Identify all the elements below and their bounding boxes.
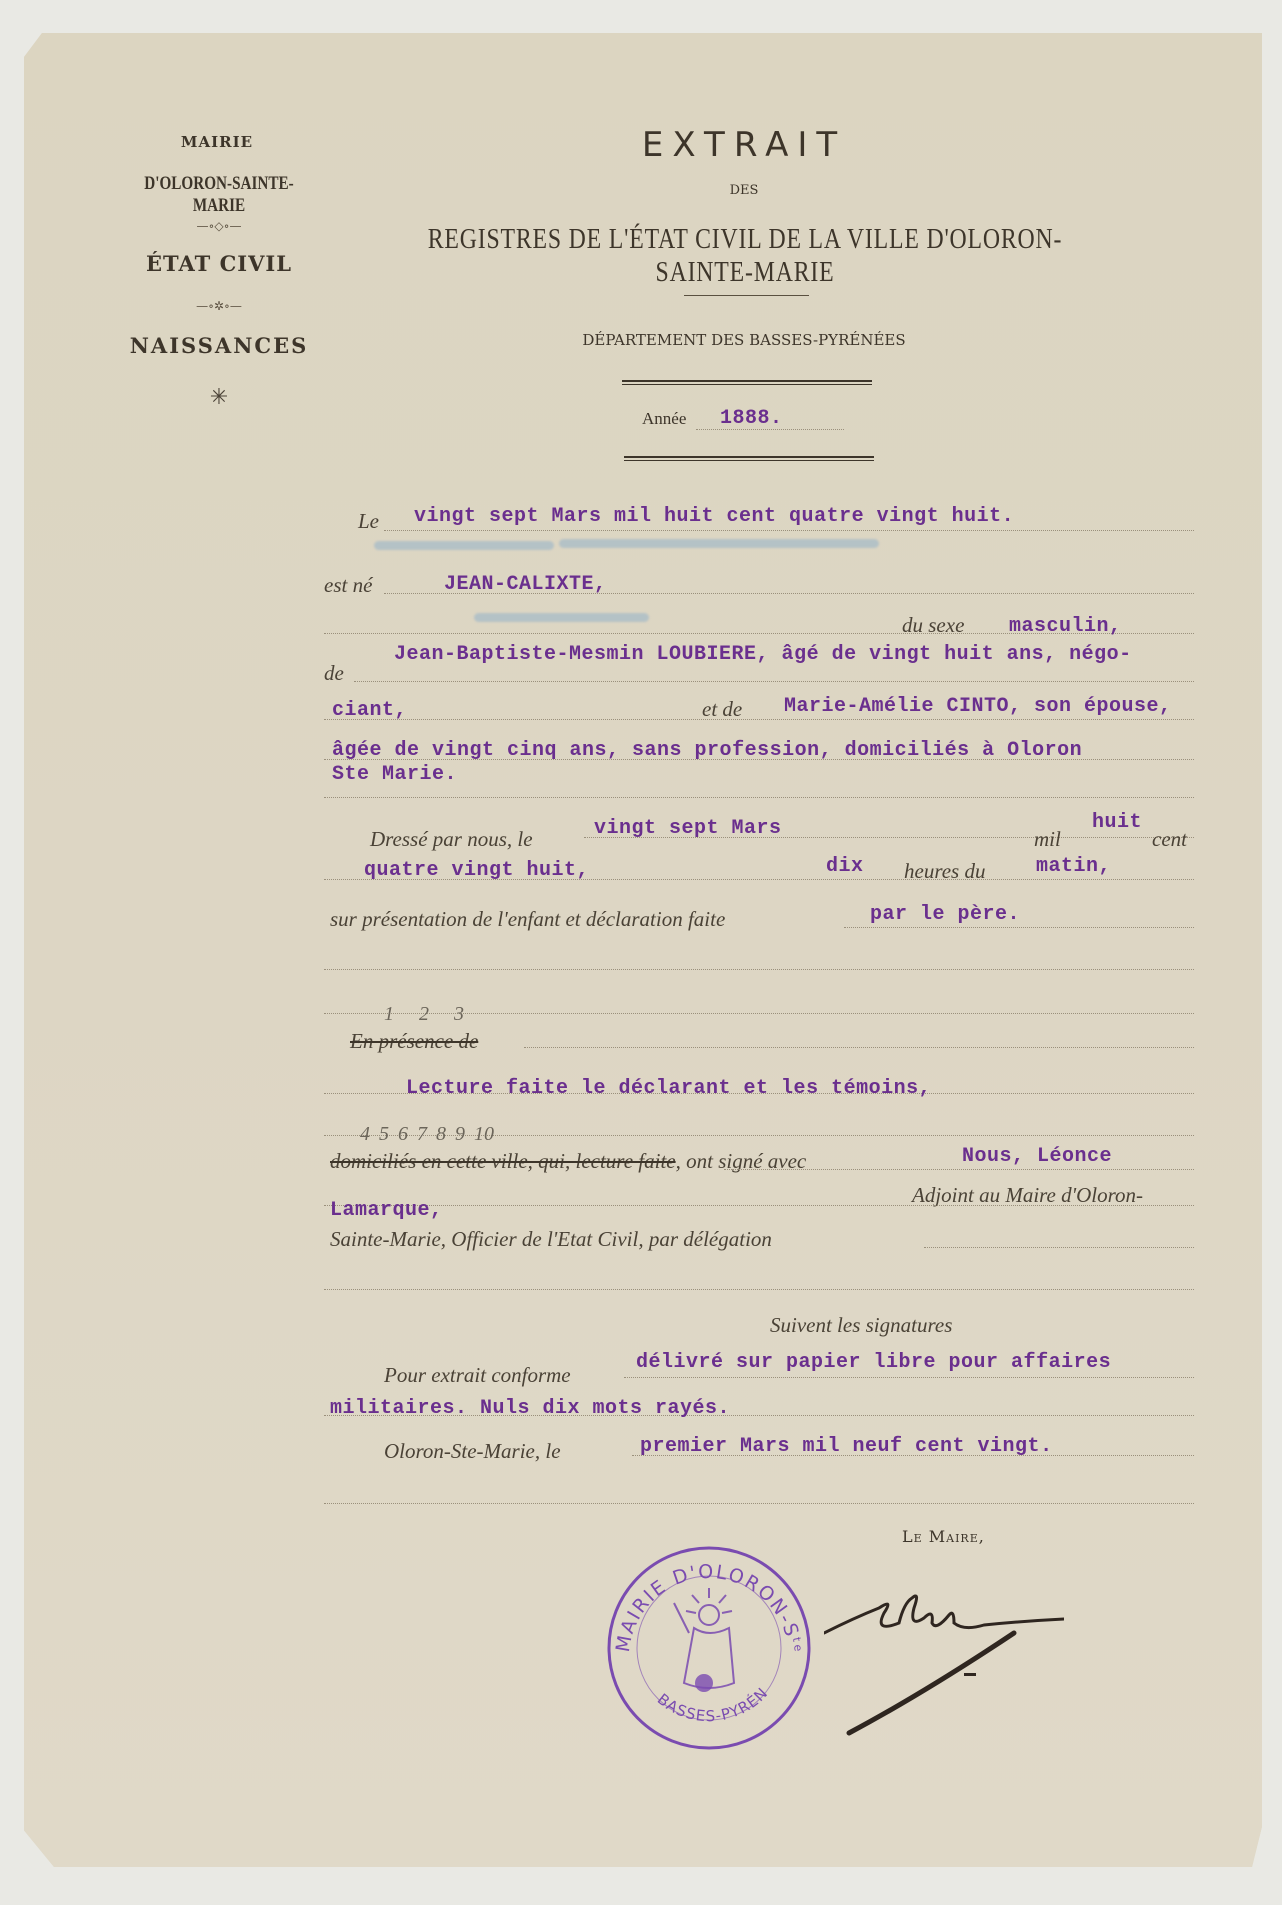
mayor-signature <box>824 1563 1064 1743</box>
label-sainte-marie: Sainte-Marie, Officier de l'Etat Civil, … <box>330 1227 772 1252</box>
official-stamp: MAIRIE D'OLORON-Ste-MARIE BASSES-PYRÉNÉE… <box>604 1543 814 1753</box>
document-paper: MAIRIE D'OLORON-SAINTE-MARIE —∘◇∘— ÉTAT … <box>24 33 1262 1867</box>
svg-text:MAIRIE D'OLORON-Ste-MARIE: MAIRIE D'OLORON-Ste-MARIE <box>604 1543 805 1654</box>
label-du-sexe: du sexe <box>902 613 964 638</box>
mention-line2: militaires. Nuls dix mots rayés. <box>330 1397 730 1420</box>
mere-line2: âgée de vingt cinq ans, sans profession,… <box>332 739 1082 762</box>
annee-suite: quatre vingt huit, <box>364 859 589 882</box>
date-naissance: vingt sept Mars mil huit cent quatre vin… <box>414 505 1014 528</box>
header-des: DES <box>704 183 784 198</box>
mere-line3: Ste Marie. <box>332 763 457 786</box>
moment: matin, <box>1036 855 1111 878</box>
mention-line1: délivré sur papier libre pour affaires <box>636 1351 1111 1374</box>
sidebar-naissances: NAISSANCES <box>94 333 344 358</box>
header-double-rule-2 <box>624 456 874 461</box>
declarant: par le père. <box>870 903 1020 926</box>
lecture-faite: Lecture faite le déclarant et les témoin… <box>406 1077 931 1100</box>
ornament-1: —∘◇∘— <box>164 219 274 233</box>
annee-label: Année <box>642 409 686 429</box>
sidebar-ville: D'OLORON-SAINTE-MARIE <box>119 173 319 217</box>
blue-pencil-mark <box>474 613 649 622</box>
label-de: de <box>324 661 344 686</box>
domicilies-line: domiciliés en cette ville, qui, lecture … <box>330 1149 806 1174</box>
document-title: EXTRAIT <box>584 125 904 165</box>
ornament-2: —∘✲∘— <box>164 299 274 313</box>
label-lieu: Oloron-Ste-Marie, le <box>384 1439 561 1464</box>
label-et-de: et de <box>702 697 742 722</box>
header-double-rule-1 <box>622 380 872 385</box>
label-est-ne: est né <box>324 573 372 598</box>
handwritten-numbers-1: 1 2 3 <box>384 1003 474 1026</box>
handwritten-numbers-2: 4 5 6 7 8 9 10 <box>360 1123 494 1146</box>
pere-line2: ciant, <box>332 699 407 722</box>
heure-value: dix <box>826 855 864 878</box>
header-ornament-rule <box>684 295 809 296</box>
le-maire-label: Le Maire, <box>902 1527 985 1546</box>
sexe: masculin, <box>1009 615 1122 638</box>
dresse-date: vingt sept Mars <box>594 817 782 840</box>
label-presentation: sur présentation de l'enfant et déclarat… <box>330 907 725 932</box>
pere-line1: Jean-Baptiste-Mesmin LOUBIERE, âgé de vi… <box>394 643 1132 666</box>
domicilies-struck: domiciliés en cette ville, qui, lecture … <box>330 1149 676 1173</box>
mil-value: huit <box>1092 811 1142 834</box>
label-le: Le <box>358 509 379 534</box>
label-pour-extrait: Pour extrait conforme <box>384 1363 571 1388</box>
sidebar-etat-civil: ÉTAT CIVIL <box>114 251 324 276</box>
officier-line1: Nous, Léonce <box>962 1145 1112 1168</box>
label-dresse: Dressé par nous, le <box>370 827 533 852</box>
stamp-seal-icon: MAIRIE D'OLORON-Ste-MARIE BASSES-PYRÉNÉE… <box>604 1543 814 1753</box>
signature-icon <box>824 1563 1064 1743</box>
mere-line1: Marie-Amélie CINTO, son épouse, <box>784 695 1172 718</box>
label-en-presence-struck: En présence de <box>350 1029 478 1054</box>
date-delivrance: premier Mars mil neuf cent vingt. <box>640 1435 1053 1458</box>
label-mil: mil <box>1034 827 1061 852</box>
header-departement: DÉPARTEMENT DES BASSES-PYRÉNÉES <box>484 331 1004 349</box>
officier-line2: Lamarque, <box>330 1199 443 1222</box>
label-cent: cent <box>1152 827 1187 852</box>
sidebar-mairie: MAIRIE <box>152 133 282 151</box>
annee-value: 1888. <box>720 407 783 430</box>
prenom-enfant: JEAN-CALIXTE, <box>444 573 607 596</box>
asterisk-ornament-icon: ✳ <box>194 385 244 410</box>
blue-pencil-mark <box>559 539 879 548</box>
label-heures-du: heures du <box>904 859 985 884</box>
header-registres: REGISTRES DE L'ÉTAT CIVIL DE LA VILLE D'… <box>405 223 1086 289</box>
suivent-signatures: Suivent les signatures <box>770 1313 952 1338</box>
blue-pencil-mark <box>374 541 554 550</box>
